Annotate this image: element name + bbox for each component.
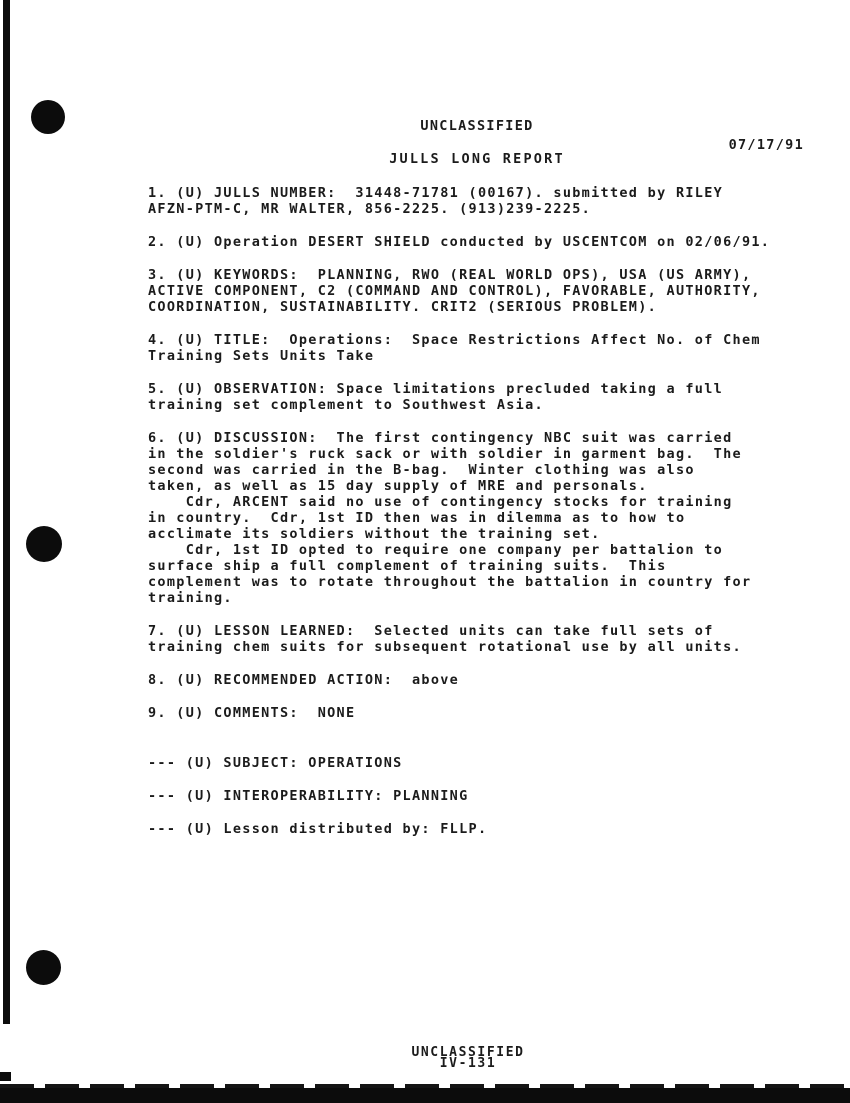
scanned-document-page: UNCLASSIFIED 07/17/91 JULLS LONG REPORT …	[0, 0, 850, 1103]
report-title: JULLS LONG REPORT	[148, 151, 806, 167]
report-body: 1. (U) JULLS NUMBER: 31448-71781 (00167)…	[148, 185, 806, 837]
paragraph-operation: 2. (U) Operation DESERT SHIELD conducted…	[148, 234, 806, 250]
paragraph-discussion: 6. (U) DISCUSSION: The first contingency…	[148, 430, 806, 606]
paragraph-comments: 9. (U) COMMENTS: NONE	[148, 705, 806, 721]
header-classification-marking: UNCLASSIFIED	[148, 118, 806, 134]
paragraph-observation: 5. (U) OBSERVATION: Space limitations pr…	[148, 381, 806, 413]
header-date: 07/17/91	[729, 137, 804, 153]
paragraph-subject: --- (U) SUBJECT: OPERATIONS	[148, 755, 806, 771]
document-content: UNCLASSIFIED 07/17/91 JULLS LONG REPORT …	[148, 118, 806, 837]
scan-edge-left-tick	[0, 1072, 11, 1081]
paragraph-distributed-by: --- (U) Lesson distributed by: FLLP.	[148, 821, 806, 837]
page-footer: UNCLASSIFIED IV-131	[148, 1047, 788, 1069]
footer-page-number: IV-131	[148, 1058, 788, 1069]
paragraph-recommended-action: 8. (U) RECOMMENDED ACTION: above	[148, 672, 806, 688]
paragraph-interoperability: --- (U) INTEROPERABILITY: PLANNING	[148, 788, 806, 804]
paragraph-lesson-learned: 7. (U) LESSON LEARNED: Selected units ca…	[148, 623, 806, 655]
paragraph-title: 4. (U) TITLE: Operations: Space Restrict…	[148, 332, 806, 364]
punch-hole-bottom	[26, 950, 61, 985]
scan-edge-left-bar	[3, 0, 10, 1024]
punch-hole-top	[31, 100, 65, 134]
scan-edge-bottom-band	[0, 1088, 850, 1103]
paragraph-julls-number: 1. (U) JULLS NUMBER: 31448-71781 (00167)…	[148, 185, 806, 217]
paragraph-keywords: 3. (U) KEYWORDS: PLANNING, RWO (REAL WOR…	[148, 267, 806, 315]
punch-hole-middle	[26, 526, 62, 562]
